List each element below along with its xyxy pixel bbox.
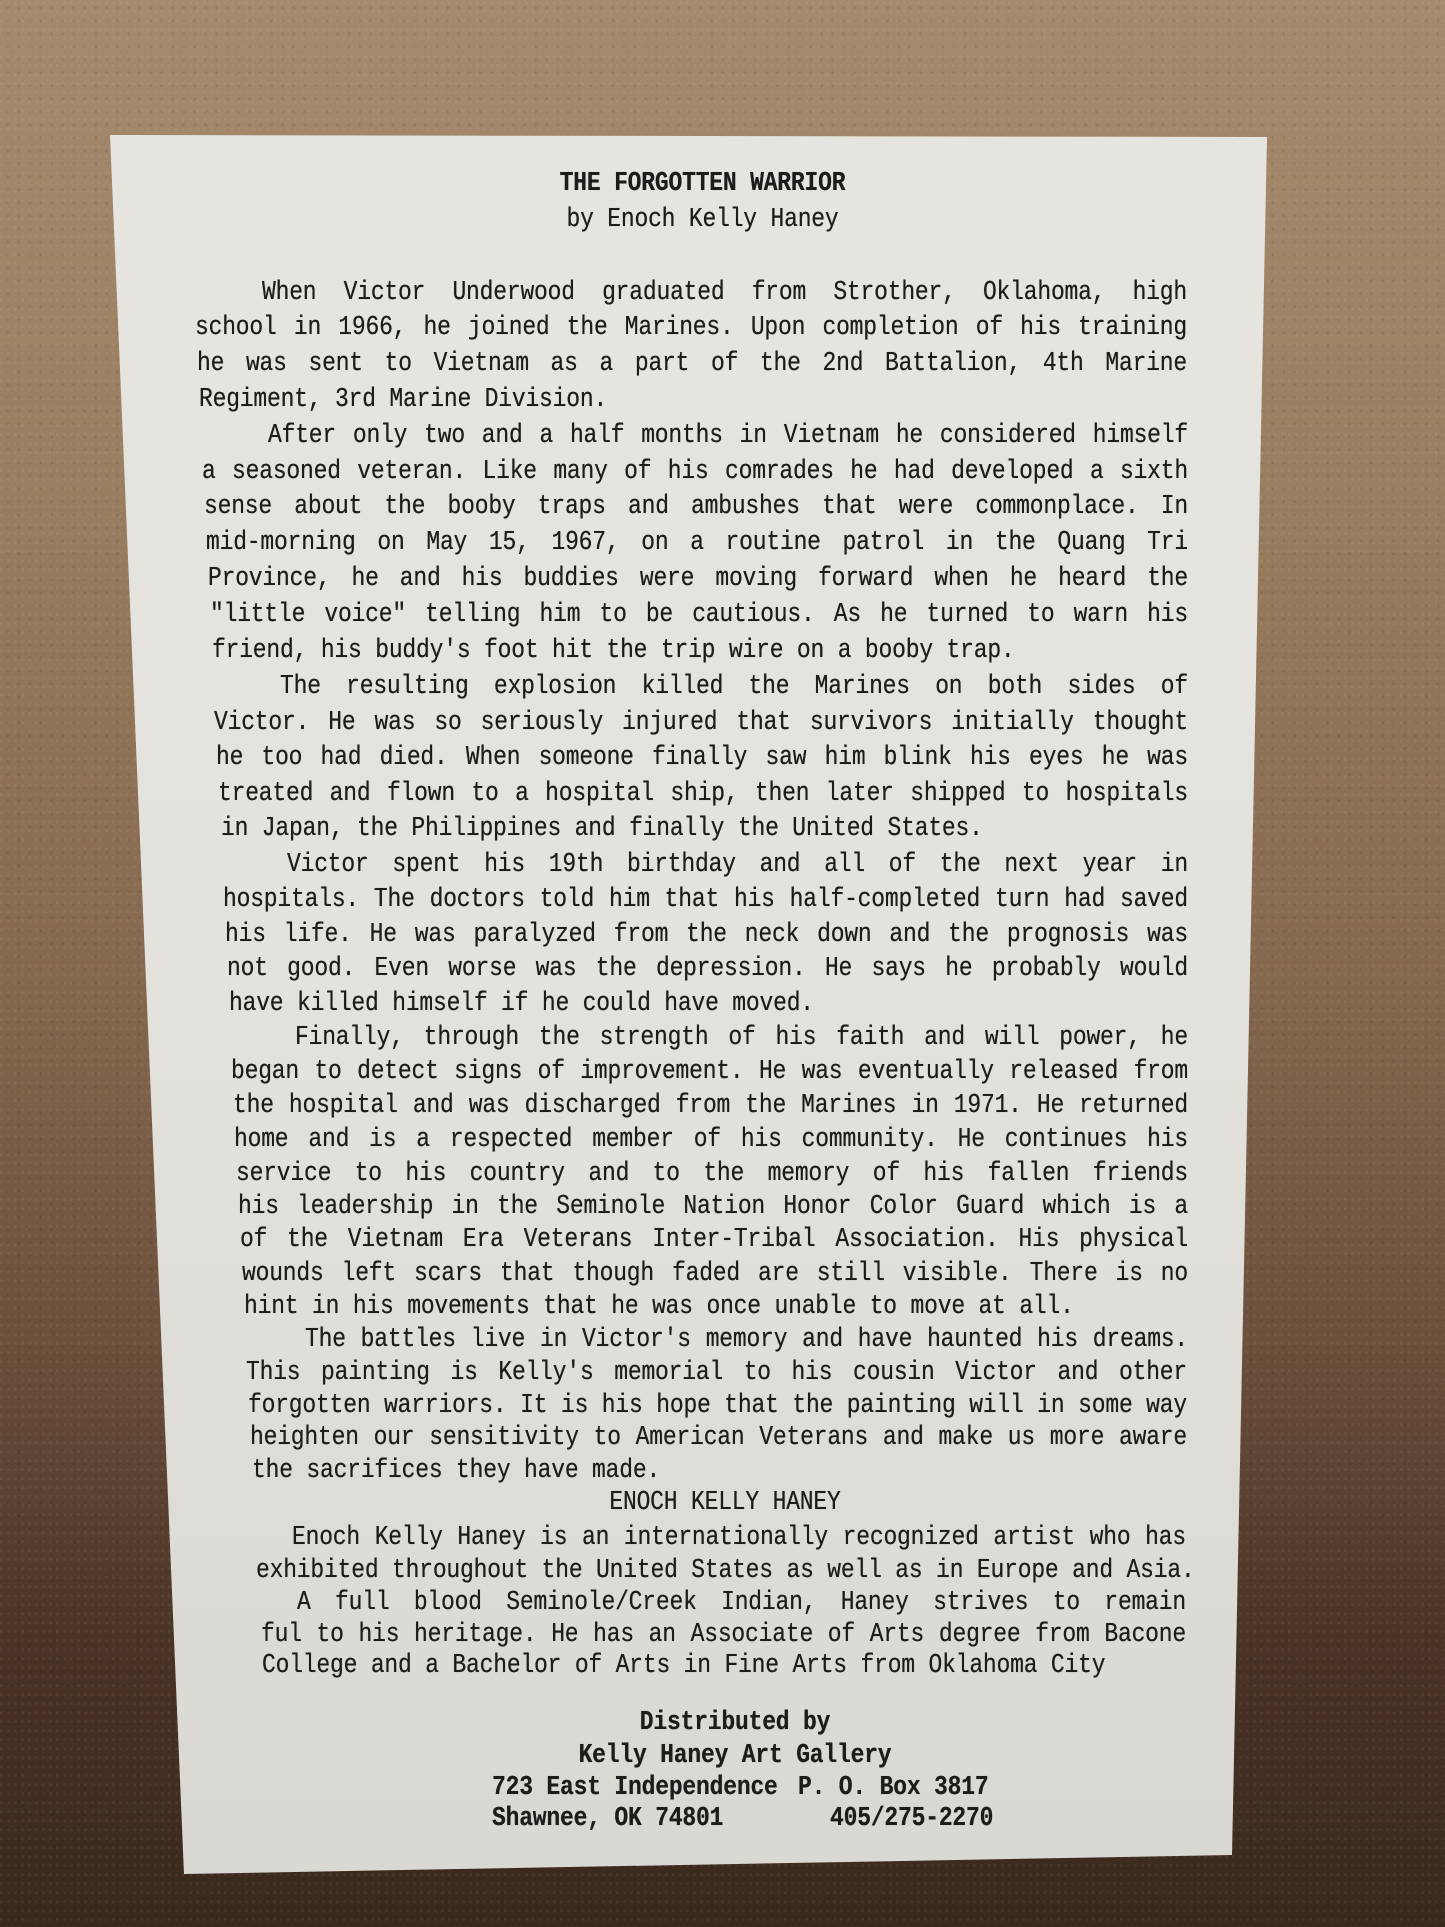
story-line: Regiment, 3rd Marine Division.: [199, 381, 1187, 416]
story-line: of the Vietnam Era Veterans Inter-Tribal…: [240, 1221, 1188, 1256]
story-line: he too had died. When someone finally sa…: [216, 739, 1188, 774]
story-line: Victor. He was so seriously injured that…: [214, 704, 1188, 739]
bio-line: College and a Bachelor of Arts in Fine A…: [262, 1647, 1186, 1682]
story-line: The battles live in Victor's memory and …: [305, 1321, 1188, 1356]
story-line: the sacrifices they have made.: [252, 1452, 1187, 1487]
story-line: service to his country and to the memory…: [236, 1155, 1188, 1190]
bio-line: Enoch Kelly Haney is an internationally …: [292, 1519, 1186, 1554]
story-line: hospitals. The doctors told him that his…: [223, 881, 1188, 916]
story-line: When Victor Underwood graduated from Str…: [262, 274, 1187, 309]
distributed-by-label: Distributed by: [520, 1704, 950, 1739]
story-line: he was sent to Vietnam as a part of the …: [197, 345, 1187, 380]
bio-line: A full blood Seminole/Creek Indian, Hane…: [297, 1584, 1186, 1619]
document-byline: by Enoch Kelly Haney: [450, 201, 955, 236]
story-line: forgotten warriors. It is his hope that …: [248, 1387, 1187, 1422]
story-line: his life. He was paralyzed from the neck…: [225, 916, 1188, 951]
story-line: heighten our sensitivity to American Vet…: [250, 1419, 1187, 1454]
story-line: Finally, through the strength of his fai…: [295, 1019, 1188, 1054]
story-line: have killed himself if he could have mov…: [229, 985, 1188, 1020]
story-line: school in 1966, he joined the Marines. U…: [195, 309, 1187, 344]
story-line: Province, he and his buddies were moving…: [208, 560, 1188, 595]
story-line: not good. Even worse was the depression.…: [227, 950, 1188, 985]
story-line: This painting is Kelly's memorial to his…: [246, 1354, 1187, 1389]
story-line: friend, his buddy's foot hit the trip wi…: [212, 632, 1188, 667]
gallery-name: Kelly Haney Art Gallery: [520, 1737, 950, 1772]
document-title: THE FORGOTTEN WARRIOR: [450, 165, 955, 200]
story-line: sense about the booby traps and ambushes…: [204, 488, 1188, 523]
story-line: his leadership in the Seminole Nation Ho…: [238, 1188, 1188, 1223]
story-line: home and is a respected member of his co…: [234, 1121, 1188, 1156]
story-line: mid-morning on May 15, 1967, on a routin…: [206, 524, 1188, 559]
story-line: treated and flown to a hospital ship, th…: [218, 775, 1188, 810]
phone-number: 405/275-2270: [830, 1800, 1000, 1835]
story-line: a seasoned veteran. Like many of his com…: [202, 453, 1188, 488]
bio-heading: ENOCH KELLY HANEY: [500, 1484, 950, 1519]
story-line: the hospital and was discharged from the…: [233, 1087, 1188, 1122]
story-line: hint in his movements that he was once u…: [244, 1288, 1188, 1323]
story-line: Victor spent his 19th birthday and all o…: [287, 846, 1188, 881]
story-line: The resulting explosion killed the Marin…: [280, 668, 1188, 703]
story-line: "little voice" telling him to be cautiou…: [210, 596, 1188, 631]
story-line: began to detect signs of improvement. He…: [231, 1053, 1188, 1088]
city-state-zip: Shawnee, OK 74801: [492, 1800, 780, 1835]
story-line: in Japan, the Philippines and finally th…: [221, 810, 1188, 845]
story-line: After only two and a half months in Viet…: [268, 417, 1188, 452]
story-line: wounds left scars that though faded are …: [242, 1255, 1188, 1290]
bio-line: exhibited throughout the United States a…: [256, 1552, 1186, 1587]
